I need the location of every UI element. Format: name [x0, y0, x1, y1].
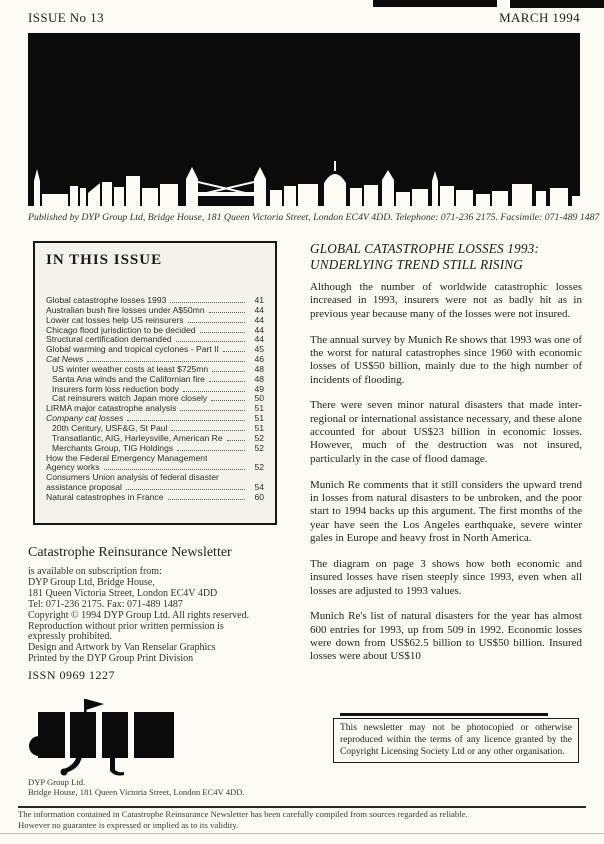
article-paragraph: There were seven minor natural disasters…: [310, 399, 582, 466]
photocopy-notice-box: This newsletter may not be photocopied o…: [333, 718, 579, 763]
toc-entry: Agency works52: [46, 463, 264, 473]
dyp-logo-icon: [28, 698, 178, 776]
article-paragraph: The annual survey by Munich Re shows tha…: [310, 334, 582, 387]
issn-number: ISSN 0969 1227: [28, 668, 115, 683]
footer-disclaimer: The information contained in Catastrophe…: [18, 809, 593, 830]
toc-entry: How the Federal Emergency Management: [46, 454, 264, 464]
toc-entry: assistance proposal54: [46, 483, 264, 493]
article-paragraph: Munich Re's list of natural disasters fo…: [310, 610, 582, 663]
issue-date: MARCH 1994: [499, 10, 580, 26]
toc-heading: IN THIS ISSUE: [46, 252, 264, 269]
footer-line2: However no guarantee is expressed or imp…: [18, 820, 593, 831]
toc-entry: Consumers Union analysis of federal disa…: [46, 473, 264, 483]
scan-artifact-strip: [373, 0, 497, 7]
toc-entry: Structural certification demanded44: [46, 335, 264, 345]
toc-entry: Chicago flood jurisdiction to be decided…: [46, 326, 264, 336]
skyline-banner-icon: [28, 33, 580, 206]
toc-entry: Company cat losses51: [46, 414, 264, 424]
toc-entry: Cat News46: [46, 355, 264, 365]
article-body: Although the number of worldwide catastr…: [310, 281, 582, 676]
page-bottom-rule: [0, 833, 604, 834]
subscription-block: Catastrophe Reinsurance Newsletter is av…: [28, 545, 288, 665]
toc-entry: Lower cat losses help US reinsurers44: [46, 316, 264, 326]
toc-entry: Cat reinsurers watch Japan more closely5…: [46, 394, 264, 404]
newsletter-page: ISSUE No 13 MARCH 1994: [0, 0, 604, 844]
article-paragraph: The diagram on page 3 shows how both eco…: [310, 558, 582, 598]
article-title-line2: UNDERLYING TREND STILL RISING: [310, 257, 582, 273]
notice-top-rule: [340, 713, 548, 716]
imprint-address: DYP Group Ltd. Bridge House, 181 Queen V…: [28, 778, 245, 797]
scan-artifact-strip: [510, 0, 604, 8]
toc-entry: Australian bush fire losses under A$50mn…: [46, 306, 264, 316]
toc-entry: LIRMA major catastrophe analysis51: [46, 404, 264, 414]
footer-rule: [18, 806, 586, 808]
toc-entry: US winter weather costs at least $725mn4…: [46, 365, 264, 375]
publisher-line: Published by DYP Group Ltd, Bridge House…: [28, 212, 580, 223]
toc-entry: 20th Century, USF&G, St Paul51: [46, 424, 264, 434]
newsletter-name: Catastrophe Reinsurance Newsletter: [28, 545, 288, 561]
footer-line1: The information contained in Catastrophe…: [18, 809, 593, 820]
toc-entry: Insurers form loss reduction body49: [46, 385, 264, 395]
toc-entry: Global catastrophe losses 199341: [46, 296, 264, 306]
toc-list: Global catastrophe losses 199341 Austral…: [46, 296, 264, 503]
article-paragraph: Munich Re comments that it still conside…: [310, 479, 582, 546]
article-title: GLOBAL CATASTROPHE LOSSES 1993: UNDERLYI…: [310, 241, 582, 273]
toc-entry: Natural catastrophes in France60: [46, 493, 264, 503]
article-paragraph: Although the number of worldwide catastr…: [310, 281, 582, 321]
imprint-street: Bridge House, 181 Queen Victoria Street,…: [28, 788, 245, 798]
in-this-issue-box: IN THIS ISSUE Global catastrophe losses …: [33, 241, 277, 525]
toc-entry: Global warming and tropical cyclones - P…: [46, 345, 264, 355]
article-title-line1: GLOBAL CATASTROPHE LOSSES 1993:: [310, 241, 582, 257]
issue-number: ISSUE No 13: [28, 10, 104, 26]
toc-entry: Transatlantic, AIG, Harleysville, Americ…: [46, 434, 264, 444]
toc-entry: Merchants Group, TIG Holdings52: [46, 444, 264, 454]
subscription-details: is available on subscription from: DYP G…: [28, 567, 288, 665]
toc-entry: Santa Ana winds and the Californian fire…: [46, 375, 264, 385]
